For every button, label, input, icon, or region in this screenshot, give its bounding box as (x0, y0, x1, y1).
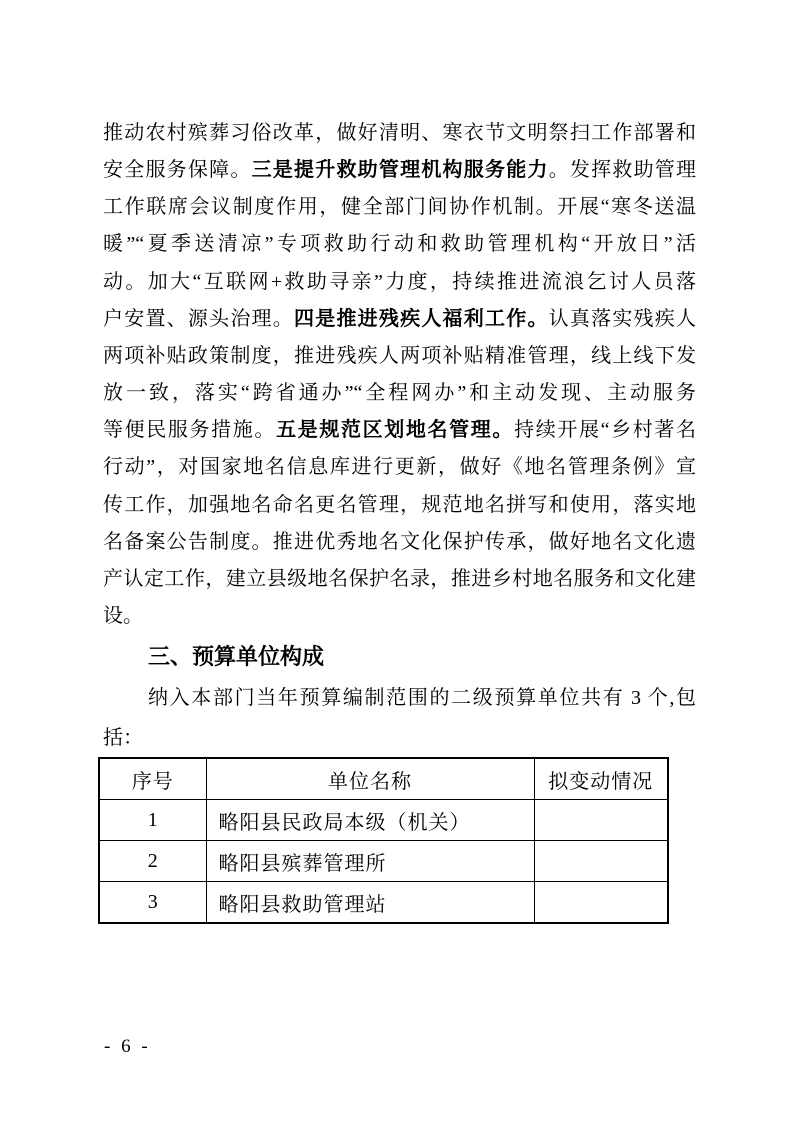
body-line: 设。 (103, 598, 696, 635)
bold-emphasis-text: 三是提升救助管理机构服务能力 (252, 159, 549, 181)
units-table: 序号单位名称拟变动情况 1略阳县民政局本级（机关）2略阳县殡葬管理所3略阳县救助… (98, 757, 669, 924)
table-body: 1略阳县民政局本级（机关）2略阳县殡葬管理所3略阳县救助管理站 (99, 800, 668, 924)
body-run: 产认定工作，建立县级地名保护名录，推进乡村地名服务和文化建 (103, 568, 696, 590)
cell-unit-name: 略阳县救助管理站 (206, 882, 534, 924)
body-run: 等便民服务措施。 (103, 419, 276, 441)
body-run: 认真落实残疾人 (549, 308, 696, 330)
body-line: 户安置、源头治理。四是推进残疾人福利工作。认真落实残疾人 (103, 301, 696, 338)
body-run: 工作联席会议制度作用，健全部门间协作机制。开展“寒冬送温 (103, 196, 696, 218)
section-heading: 三、预算单位构成 (103, 642, 696, 672)
body-run: 放一致，落实“跨省通办”“全程网办”和主动发现、主动服务 (103, 382, 696, 404)
cell-unit-name: 略阳县民政局本级（机关） (206, 800, 534, 841)
body-line: 动。加大“互联网+救助寻亲”力度，持续推进流浪乞讨人员落 (103, 264, 696, 301)
body-run: 。发挥救助管理 (549, 159, 696, 181)
body-line: 工作联席会议制度作用，健全部门间协作机制。开展“寒冬送温 (103, 189, 696, 226)
body-run: 设。 (103, 605, 143, 627)
body-line: 推动农村殡葬习俗改革，做好清明、寒衣节文明祭扫工作部署和 (103, 115, 696, 152)
intro-line: 纳入本部门当年预算编制范围的二级预算单位共有 3 个,包 (103, 678, 696, 718)
table-header-row: 序号单位名称拟变动情况 (99, 758, 668, 800)
body-line: 安全服务保障。三是提升救助管理机构服务能力。发挥救助管理 (103, 152, 696, 189)
cell-proposed-change (534, 882, 668, 924)
body-run: 户安置、源头治理。 (103, 308, 294, 330)
body-line: 行动”，对国家地名信息库进行更新，做好《地名管理条例》宣 (103, 449, 696, 486)
cell-serial-number: 2 (99, 841, 206, 882)
body-line: 产认定工作，建立县级地名保护名录，推进乡村地名服务和文化建 (103, 561, 696, 598)
cell-proposed-change (534, 841, 668, 882)
body-run: 两项补贴政策制度，推进残疾人两项补贴精准管理，线上线下发 (103, 345, 696, 367)
table-row: 2略阳县殡葬管理所 (99, 841, 668, 882)
body-run: 安全服务保障。 (103, 159, 252, 181)
body-text: 推动农村殡葬习俗改革，做好清明、寒衣节文明祭扫工作部署和安全服务保障。三是提升救… (103, 115, 696, 635)
cell-serial-number: 3 (99, 882, 206, 924)
body-line: 两项补贴政策制度，推进残疾人两项补贴精准管理，线上线下发 (103, 338, 696, 375)
intro-paragraph: 纳入本部门当年预算编制范围的二级预算单位共有 3 个,包括： (103, 678, 696, 758)
body-line: 名备案公告制度。推进优秀地名文化保护传承，做好地名文化遗 (103, 524, 696, 561)
bold-emphasis-text: 五是规范区划地名管理。 (276, 419, 514, 441)
table-row: 3略阳县救助管理站 (99, 882, 668, 924)
cell-proposed-change (534, 800, 668, 841)
body-run: 名备案公告制度。推进优秀地名文化保护传承，做好地名文化遗 (103, 531, 696, 553)
cell-serial-number: 1 (99, 800, 206, 841)
col-header: 单位名称 (206, 758, 534, 800)
cell-unit-name: 略阳县殡葬管理所 (206, 841, 534, 882)
body-run: 行动”，对国家地名信息库进行更新，做好《地名管理条例》宣 (103, 456, 696, 478)
col-header: 序号 (99, 758, 206, 800)
body-line: 放一致，落实“跨省通办”“全程网办”和主动发现、主动服务 (103, 375, 696, 412)
body-run: 传工作，加强地名命名更名管理，规范地名拼写和使用，落实地 (103, 494, 696, 516)
intro-line: 括： (103, 718, 696, 758)
body-run: 推动农村殡葬习俗改革，做好清明、寒衣节文明祭扫工作部署和 (103, 122, 696, 144)
body-run: 暖”“夏季送清凉”专项救助行动和救助管理机构“开放日”活 (103, 233, 696, 255)
table-row: 1略阳县民政局本级（机关） (99, 800, 668, 841)
document-page: 推动农村殡葬习俗改革，做好清明、寒衣节文明祭扫工作部署和安全服务保障。三是提升救… (0, 0, 793, 1122)
page-number: - 6 - (104, 1036, 151, 1058)
body-line: 等便民服务措施。五是规范区划地名管理。持续开展“乡村著名 (103, 412, 696, 449)
body-line: 暖”“夏季送清凉”专项救助行动和救助管理机构“开放日”活 (103, 226, 696, 263)
body-run: 持续开展“乡村著名 (514, 419, 696, 441)
body-run: 动。加大“互联网+救助寻亲”力度，持续推进流浪乞讨人员落 (103, 271, 696, 293)
col-header: 拟变动情况 (534, 758, 668, 800)
bold-emphasis-text: 四是推进残疾人福利工作。 (294, 308, 549, 330)
body-line: 传工作，加强地名命名更名管理，规范地名拼写和使用，落实地 (103, 487, 696, 524)
